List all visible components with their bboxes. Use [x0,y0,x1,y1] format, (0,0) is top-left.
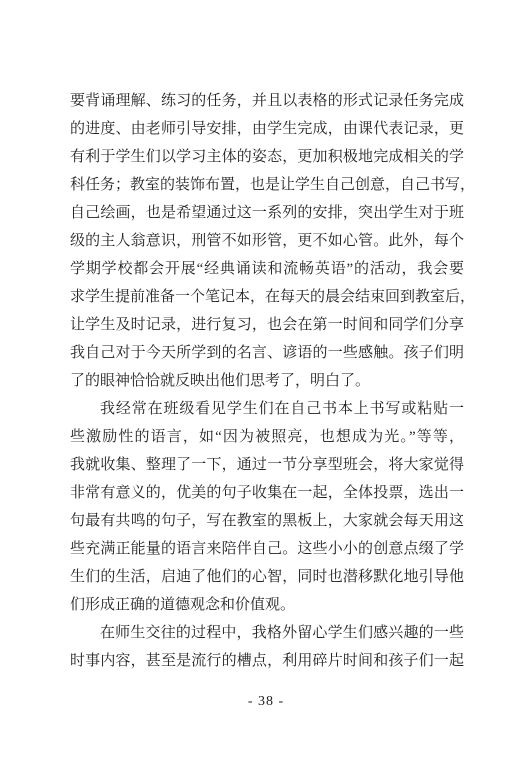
text-line: 要背诵理解、练习的任务，并且以表格的形式记录任务完成 [70,87,464,115]
text-line: 们形成正确的道德观念和价值观。 [70,591,464,619]
text-line: 了的眼神恰恰就反映出他们思考了，明白了。 [70,367,464,395]
text-line: 些充满正能量的语言来陪伴自己。这些小小的创意点缀了学 [70,535,464,563]
document-page: 要背诵理解、练习的任务，并且以表格的形式记录任务完成的进度、由老师引导安排，由学… [0,0,532,768]
page-text: 要背诵理解、练习的任务，并且以表格的形式记录任务完成的进度、由老师引导安排，由学… [70,87,464,675]
text-line: 学期学校都会开展“经典诵读和流畅英语”的活动，我会要 [70,255,464,283]
text-line: 我经常在班级看见学生们在自己书本上书写或粘贴一 [70,395,464,423]
text-line: 科任务；教室的装饰布置，也是让学生自己创意，自己书写， [70,171,464,199]
text-line: 让学生及时记录，进行复习，也会在第一时间和同学们分享 [70,311,464,339]
text-line: 时事内容，甚至是流行的槽点，利用碎片时间和孩子们一起 [70,647,464,675]
text-line: 的进度、由老师引导安排，由学生完成，由课代表记录，更 [70,115,464,143]
text-line: 自己绘画，也是希望通过这一系列的安排，突出学生对于班 [70,199,464,227]
text-line: 些激励性的语言，如“因为被照亮，也想成为光。”等等， [70,423,464,451]
text-line: 有利于学生们以学习主体的姿态，更加积极地完成相关的学 [70,143,464,171]
page-number: - 38 - [0,694,532,710]
text-line: 求学生提前准备一个笔记本，在每天的晨会结束回到教室后， [70,283,464,311]
text-line: 在师生交往的过程中，我格外留心学生们感兴趣的一些 [70,619,464,647]
text-line: 非常有意义的，优美的句子收集在一起，全体投票，选出一 [70,479,464,507]
text-line: 我就收集、整理了一下，通过一节分享型班会，将大家觉得 [70,451,464,479]
text-line: 我自己对于今天所学到的名言、谚语的一些感触。孩子们明 [70,339,464,367]
text-line: 级的主人翁意识，刑管不如形管，更不如心管。此外，每个 [70,227,464,255]
text-line: 句最有共鸣的句子，写在教室的黑板上，大家就会每天用这 [70,507,464,535]
text-line: 生们的生活，启迪了他们的心智，同时也潜移默化地引导他 [70,563,464,591]
